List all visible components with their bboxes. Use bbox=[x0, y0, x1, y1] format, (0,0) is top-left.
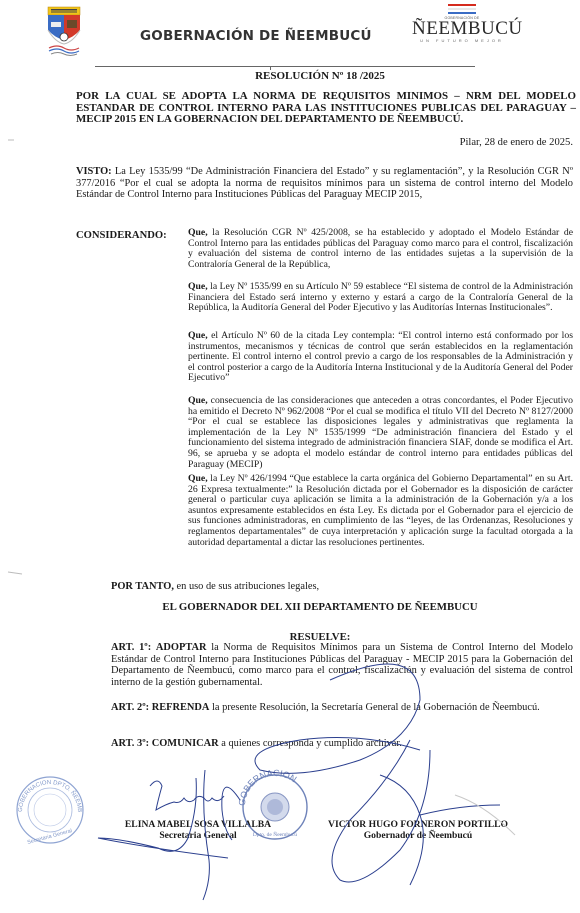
margin-marks-icon bbox=[8, 140, 22, 574]
considerando-item: Que, la Resolución CGR Nº 425/2008, se h… bbox=[188, 228, 573, 270]
que-lead: Que, bbox=[188, 473, 208, 484]
article-label: ART. 1º: bbox=[111, 642, 151, 653]
resolution-heading: POR LA CUAL SE ADOPTA LA NORMA DE REQUIS… bbox=[76, 91, 576, 126]
considerando-item: Que, la Ley Nº 426/1994 “Que establece l… bbox=[188, 474, 573, 548]
brand-tagline: UN FUTURO MEJOR bbox=[412, 38, 512, 43]
considerando-item: Que, la Ley Nº 1535/99 en su Artículo Nº… bbox=[188, 282, 573, 314]
considerando-label: CONSIDERANDO: bbox=[76, 230, 167, 241]
article-2: ART. 2º: REFRENDA la presente Resolución… bbox=[111, 702, 573, 714]
signature-block-governor: VICTOR HUGO FORNERON PORTILLO Gobernador… bbox=[323, 819, 513, 841]
article-label: ART. 3º: bbox=[111, 738, 149, 749]
por-tanto: POR TANTO, en uso de sus atribuciones le… bbox=[111, 581, 319, 592]
que-text: la Ley Nº 1535/99 en su Artículo Nº 59 e… bbox=[188, 281, 573, 313]
brand-logo: GOBERNACIÓN DE ÑEEMBUCÚ UN FUTURO MEJOR bbox=[412, 4, 512, 43]
considerando-item: Que, el Artículo Nº 60 de la citada Ley … bbox=[188, 331, 573, 384]
resolution-date: Pilar, 28 de enero de 2025. bbox=[60, 137, 573, 148]
visto-text: La Ley 1535/99 “De Administración Financ… bbox=[76, 166, 573, 200]
article-1: ART. 1º: ADOPTAR la Norma de Requisitos … bbox=[111, 642, 573, 688]
que-lead: Que, bbox=[188, 395, 208, 406]
brand-name: ÑEEMBUCÚ bbox=[412, 20, 512, 38]
por-tanto-text: en uso de sus atribuciones legales, bbox=[174, 581, 319, 592]
que-text: el Artículo Nº 60 de la citada Ley conte… bbox=[188, 330, 573, 383]
flag-icon bbox=[448, 4, 476, 14]
signature-block-secretary: ELINA MABEL SOSA VILLALBA Secretaria Gen… bbox=[118, 819, 278, 841]
governor-signature-icon bbox=[255, 664, 515, 885]
que-lead: Que, bbox=[188, 330, 208, 341]
article-verb: REFRENDA bbox=[152, 702, 210, 713]
resolution-number: RESOLUCIÓN Nº 18 /2025 bbox=[60, 70, 580, 82]
que-lead: Que, bbox=[188, 227, 208, 238]
signatory-role: Secretaria General bbox=[118, 830, 278, 841]
visto-section: VISTO: La Ley 1535/99 “De Administración… bbox=[76, 166, 573, 201]
authority-heading: EL GOBERNADOR DEL XII DEPARTAMENTO DE ÑE… bbox=[60, 601, 580, 613]
svg-text:GOBERNACION: GOBERNACION bbox=[237, 768, 299, 806]
header-divider bbox=[95, 66, 475, 67]
signatory-role: Gobernador de Ñeembucú bbox=[323, 830, 513, 841]
coat-of-arms-logo bbox=[45, 4, 83, 58]
signatory-name: VICTOR HUGO FORNERON PORTILLO bbox=[323, 819, 513, 830]
article-3: ART. 3º: COMUNICAR a quienes corresponda… bbox=[111, 738, 573, 750]
institution-name: GOBERNACIÓN DE ÑEEMBUCÚ bbox=[140, 28, 400, 44]
que-text: la Resolución CGR Nº 425/2008, se ha est… bbox=[188, 227, 573, 270]
article-verb: ADOPTAR bbox=[156, 642, 207, 653]
que-text: consecuencia de las consideraciones que … bbox=[188, 395, 573, 470]
article-text: a quienes corresponda y cumplido archiva… bbox=[219, 738, 402, 749]
svg-text:GOBERNACION DPTO. ÑEEMBUCU: GOBERNACION DPTO. ÑEEMBUCU bbox=[0, 0, 82, 812]
article-verb: COMUNICAR bbox=[152, 738, 219, 749]
que-lead: Que, bbox=[188, 281, 208, 292]
visto-label: VISTO: bbox=[76, 166, 112, 177]
por-tanto-label: POR TANTO, bbox=[111, 581, 174, 592]
considerando-item: Que, consecuencia de las consideraciones… bbox=[188, 396, 573, 470]
article-text: la presente Resolución, la Secretaría Ge… bbox=[209, 702, 539, 713]
secretaria-stamp-icon: GOBERNACION DPTO. ÑEEMBUCU Secretaria Ge… bbox=[0, 0, 83, 846]
svg-text:Secretaria General: Secretaria General bbox=[27, 828, 73, 846]
signatory-name: ELINA MABEL SOSA VILLALBA bbox=[118, 819, 278, 830]
article-label: ART. 2º: bbox=[111, 702, 149, 713]
que-text: la Ley Nº 426/1994 “Que establece la car… bbox=[188, 473, 573, 548]
